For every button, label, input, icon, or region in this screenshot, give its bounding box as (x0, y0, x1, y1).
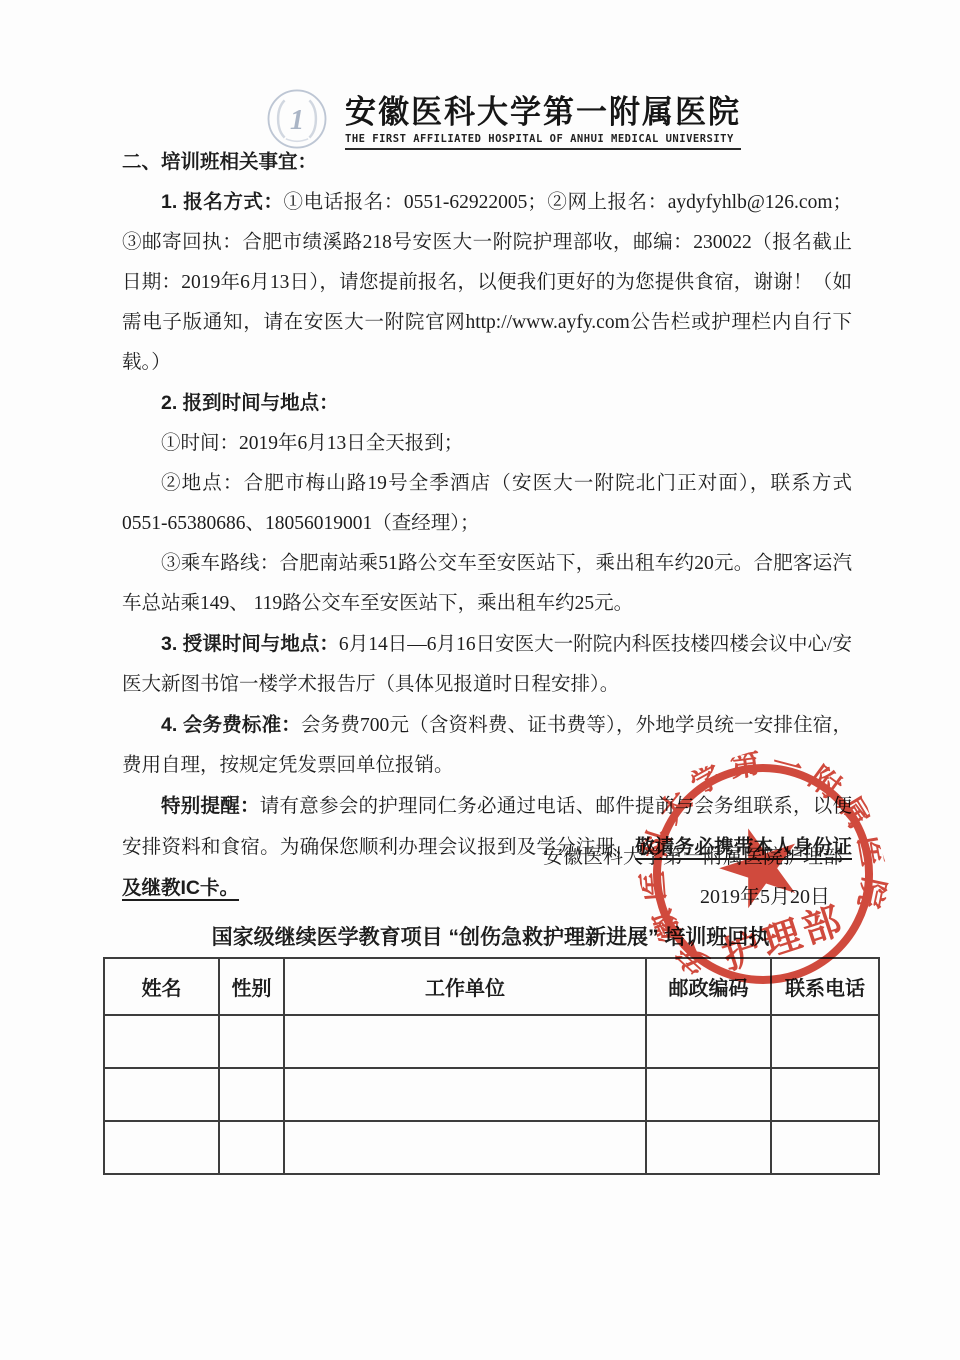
hospital-name-chinese: 安徽医科大学第一附属医院 (345, 85, 741, 131)
table-cell (104, 1015, 219, 1068)
fee-lead: 4. 会务费标准： (161, 714, 301, 736)
table-cell (771, 1015, 879, 1068)
reminder-lead: 特别提醒： (161, 795, 260, 817)
paragraph-lecture: 3. 授课时间与地点：6月14日—6月16日安医大一附院内科医技楼四楼会议中心/… (122, 624, 852, 705)
table-row (104, 1068, 879, 1121)
stamp-star-icon (710, 816, 809, 913)
checkin-lead: 2. 报到时间与地点： (161, 392, 339, 414)
paragraph-registration: 1. 报名方式：①电话报名：0551-62922005；②网上报名：aydyfy… (122, 182, 852, 383)
paragraph-checkin-heading: 2. 报到时间与地点： (122, 383, 852, 424)
stamp-department-text: 护理部 (718, 899, 851, 978)
table-cell (219, 1015, 284, 1068)
table-cell (104, 1068, 219, 1121)
table-cell (284, 1015, 646, 1068)
table-cell (646, 1121, 771, 1174)
table-row (104, 1121, 879, 1174)
table-cell (284, 1068, 646, 1121)
reply-form-tbody (104, 1015, 879, 1174)
logo-numeral-1: 1 (290, 105, 304, 136)
table-cell (646, 1015, 771, 1068)
table-cell (771, 1068, 879, 1121)
table-cell (284, 1121, 646, 1174)
registration-text: ①电话报名：0551-62922005；②网上报名：aydyfyhlb@126.… (122, 192, 852, 373)
registration-lead: 1. 报名方式： (161, 191, 284, 213)
column-header-name: 姓名 (104, 958, 219, 1015)
section-heading: 二、培训班相关事宜： (122, 142, 852, 182)
table-cell (104, 1121, 219, 1174)
hospital-seal-icon: 1 (253, 88, 341, 150)
table-cell (771, 1121, 879, 1174)
scanned-document-page: 1 安徽医科大学第一附属医院 THE FIRST AFFILIATED HOSP… (0, 0, 960, 1360)
checkin-time: ①时间：2019年6月13日全天报到； (122, 424, 852, 464)
column-header-workplace: 工作单位 (284, 958, 646, 1015)
table-cell (219, 1068, 284, 1121)
table-cell (646, 1068, 771, 1121)
letterhead: 1 安徽医科大学第一附属医院 THE FIRST AFFILIATED HOSP… (253, 86, 741, 150)
hospital-logo: 1 (253, 88, 341, 150)
lecture-lead: 3. 授课时间与地点： (161, 633, 339, 655)
checkin-route: ③乘车路线：合肥南站乘51路公交车至安医站下，乘出租车约20元。合肥客运汽车总站… (122, 544, 852, 624)
column-header-gender: 性别 (219, 958, 284, 1015)
letterhead-titles: 安徽医科大学第一附属医院 THE FIRST AFFILIATED HOSPIT… (345, 86, 741, 150)
table-row (104, 1015, 879, 1068)
checkin-place: ②地点：合肥市梅山路19号全季酒店（安医大一附院北门正对面），联系方式0551-… (122, 464, 852, 544)
table-cell (219, 1121, 284, 1174)
